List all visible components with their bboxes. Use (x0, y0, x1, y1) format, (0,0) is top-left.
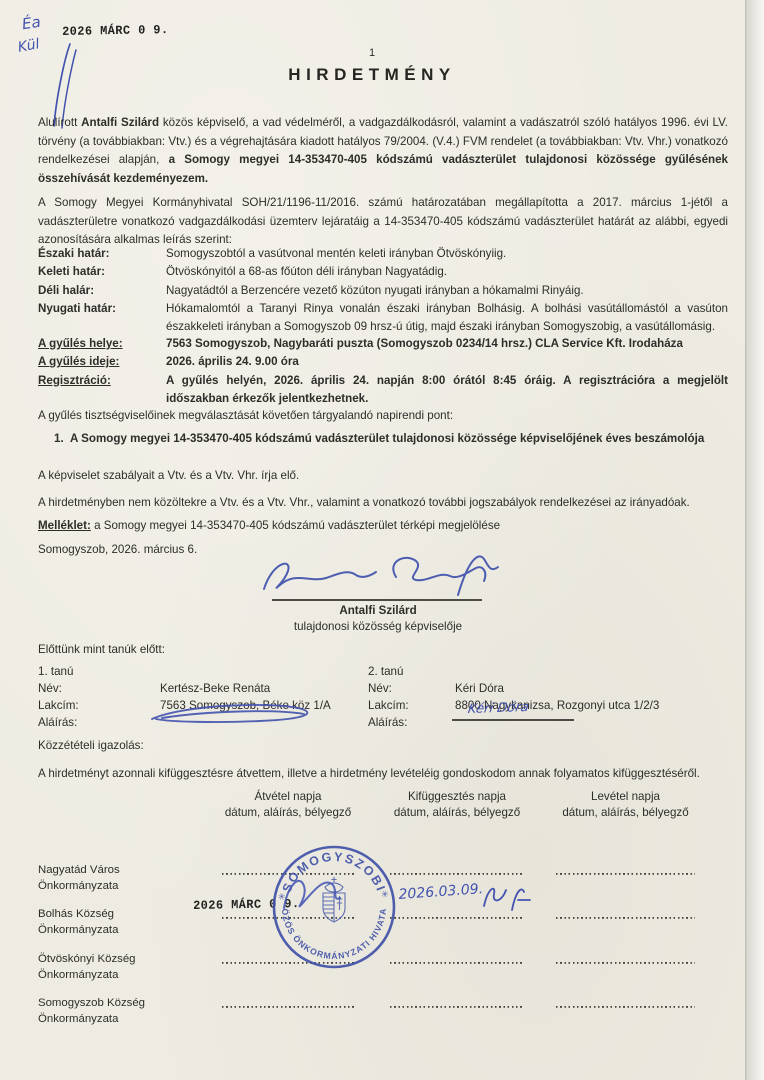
meeting-value: 7563 Somogyszob, Nagybaráti puszta (Somo… (166, 335, 728, 353)
agenda-item: 1. A Somogy megyei 14-353470-405 kódszám… (54, 430, 722, 449)
signature-label: Aláírás: (368, 714, 455, 731)
border-value: Somogyszobtól a vasútvonal mentén keleti… (166, 245, 728, 263)
municipality-line2: Önkormányzata (38, 1011, 222, 1027)
page-number: 1 (0, 44, 744, 63)
border-row-north: Északi határ: Somogyszobtól a vasútvonal… (38, 245, 728, 263)
witness-name: Kertész-Beke Renáta (160, 680, 270, 697)
meeting-label: A gyűlés helye: (38, 335, 166, 353)
border-label: Keleti határ: (38, 263, 166, 281)
column-subtitle: dátum, aláírás, bélyegző (562, 805, 688, 821)
municipality-line1: Nagyatád Város (38, 862, 222, 878)
municipality-name: Nagyatád Város Önkormányzata (38, 862, 222, 894)
column-header-receipt: Átvétel napja dátum, aláírás, bélyegző (222, 789, 354, 821)
attachment-label: Melléklet: (38, 519, 91, 532)
scanned-document-page: Éa Kül 2026 MÁRC 0 9. 1 HIRDETMÉNY Alulí… (0, 0, 764, 1080)
witness-title: 1. tanú (38, 663, 368, 680)
attachment-text: a Somogy megyei 14-353470-405 kódszámú v… (91, 519, 500, 532)
border-label: Nyugati határ: (38, 300, 166, 318)
witness-name-row: Név: Kéri Dóra (368, 680, 728, 697)
column-header-removal: Levétel napja dátum, aláírás, bélyegző (556, 789, 695, 821)
municipality-line1: Ötvöskónyi Község (38, 951, 222, 967)
witnesses-intro: Előttünk mint tanúk előtt: (38, 641, 728, 660)
column-subtitle: dátum, aláírás, bélyegző (394, 805, 520, 821)
stamp-hand-initials-image (276, 868, 386, 918)
border-value: Hókamalomtól a Taranyi Rinya vonalán ész… (166, 300, 728, 337)
border-label: Északi határ: (38, 245, 166, 263)
document-title: HIRDETMÉNY (0, 66, 744, 85)
witness-name-row: Név: Kertész-Beke Renáta (38, 680, 368, 697)
meeting-row-place: A gyűlés helye: 7563 Somogyszob, Nagybar… (38, 335, 728, 353)
meeting-value: 2026. április 24. 9.00 óra (166, 353, 728, 371)
received-date-stamp: 2026 MÁRC 0 9. (62, 21, 169, 42)
municipality-line2: Önkormányzata (38, 967, 222, 983)
column-header-posting: Kifüggesztés napja dátum, aláírás, bélye… (390, 789, 524, 821)
removal-dotted-line (556, 995, 695, 1008)
column-title: Átvétel napja (254, 789, 321, 805)
intro-paragraph-2: A Somogy Megyei Kormányhivatal SOH/21/11… (38, 194, 728, 250)
border-row-west: Nyugati határ: Hókamalomtól a Taranyi Ri… (38, 300, 728, 337)
municipality-row-somogyszob: Somogyszob Község Önkormányzata (38, 995, 728, 1027)
border-list: Északi határ: Somogyszobtól a vasútvonal… (38, 245, 728, 336)
signature-line (272, 599, 482, 601)
witness-2-signature-text: Kéri Dóra (466, 699, 530, 720)
agenda-item-text: A Somogy megyei 14-353470-405 kódszámú v… (70, 430, 722, 449)
posting-dotted-line (390, 862, 524, 875)
agenda-intro: A gyűlés tisztségviselőinek megválasztás… (38, 407, 728, 426)
witness-2-signature-line (452, 719, 574, 721)
municipality-line2: Önkormányzata (38, 878, 222, 894)
meeting-row-registration: Regisztráció: A gyűlés helyén, 2026. ápr… (38, 372, 728, 409)
signature-antalfi-image (250, 551, 506, 601)
publication-heading: Közzétételi igazolás: (38, 737, 728, 756)
border-value: Nagyatádtól a Berzencére vezető közúton … (166, 282, 728, 300)
name-label: Név: (368, 680, 455, 697)
publication-statement: A hirdetményt azonnali kifüggesztésre át… (38, 765, 728, 784)
removal-dotted-line (556, 862, 695, 875)
removal-dotted-line (556, 906, 695, 919)
hand-initials-image (478, 880, 538, 916)
representation-line: A képviselet szabályait a Vtv. és a Vtv.… (38, 467, 728, 486)
border-row-east: Keleti határ: Ötvöskónyitól a 68-as főút… (38, 263, 728, 281)
column-spacer (38, 789, 222, 821)
hand-date-text: 2026.03.09. (398, 881, 484, 903)
municipality-line2: Önkormányzata (38, 922, 222, 938)
agenda-item-number: 1. (54, 430, 70, 449)
signatory-role: tulajdonosi közösség képviselője (250, 618, 506, 637)
posting-dotted-line (390, 995, 524, 1008)
meeting-info: A gyűlés helye: 7563 Somogyszob, Nagybar… (38, 335, 728, 408)
address-label: Lakcím: (368, 697, 455, 714)
municipality-name: Ötvöskónyi Község Önkormányzata (38, 951, 222, 983)
border-value: Ötvöskónyitól a 68-as főúton déli irányb… (166, 263, 728, 281)
attachment-line: Melléklet: a Somogy megyei 14-353470-405… (38, 517, 728, 536)
hand-note-1: Éa (21, 13, 42, 34)
name-label: Név: (38, 680, 160, 697)
border-label: Déli halár: (38, 282, 166, 300)
posting-dotted-line (390, 951, 524, 964)
disclaimer-line: A hirdetményben nem közöltekre a Vtv. és… (38, 494, 728, 513)
column-subtitle: dátum, aláírás, bélyegző (225, 805, 351, 821)
meeting-value: A gyűlés helyén, 2026. április 24. napjá… (166, 372, 728, 409)
scan-edge-shadow (745, 0, 764, 1080)
border-row-south: Déli halár: Nagyatádtól a Berzencére vez… (38, 282, 728, 300)
witness-2: 2. tanú Név: Kéri Dóra Lakcím: 8800 Nagy… (368, 663, 728, 731)
witness-title: 2. tanú (368, 663, 728, 680)
municipality-name: Somogyszob Község Önkormányzata (38, 995, 222, 1027)
receipt-dotted-line (222, 995, 354, 1008)
witness-1-signature-image (142, 699, 322, 729)
removal-dotted-line (556, 951, 695, 964)
publication-column-headers: Átvétel napja dátum, aláírás, bélyegző K… (38, 789, 728, 821)
witness-name: Kéri Dóra (455, 680, 504, 697)
meeting-label: A gyűlés ideje: (38, 353, 166, 371)
column-title: Kifüggesztés napja (408, 789, 506, 805)
witness-signature-row: Aláírás: (368, 714, 728, 731)
column-title: Levétel napja (591, 789, 660, 805)
witness-address-row: Lakcím: 8800 Nagykanizsa, Rozgonyi utca … (368, 697, 728, 714)
meeting-label: Regisztráció: (38, 372, 166, 390)
intro-paragraph-1: Alulírott Antalfi Szilárd közös képvisel… (38, 114, 728, 188)
meeting-row-time: A gyűlés ideje: 2026. április 24. 9.00 ó… (38, 353, 728, 371)
municipality-line1: Somogyszob Község (38, 995, 222, 1011)
